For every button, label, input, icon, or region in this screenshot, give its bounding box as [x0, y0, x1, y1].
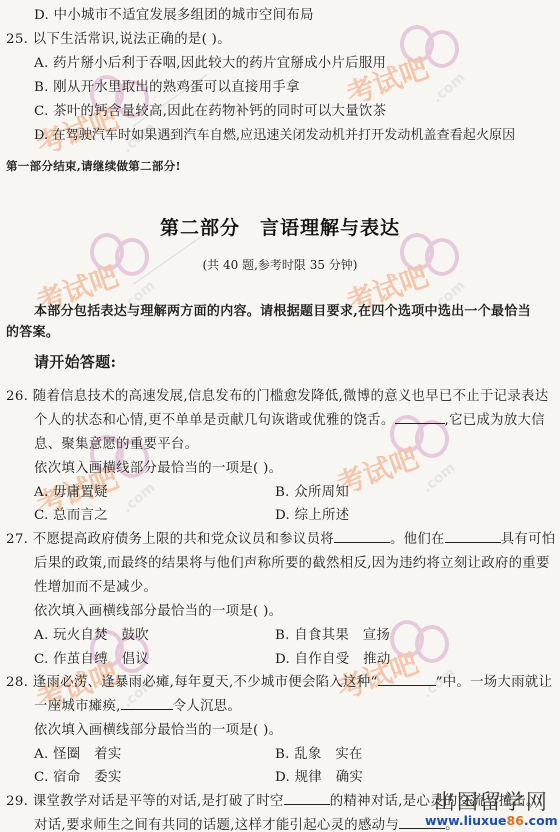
q25-option-b: B. 刚从开水里取出的熟鸡蛋可以直接用手拿 — [34, 78, 300, 98]
site-logo[interactable]: 出国留学网 www.liuxue86.com — [425, 790, 558, 828]
q26-blank — [395, 411, 445, 424]
q28-blank-2 — [121, 697, 173, 710]
q27-line3: 性增加而不是减少。 — [34, 578, 157, 598]
q27-option-d: D. 自作自受 推动 — [275, 650, 391, 670]
q25-option-d: D. 在驾驶汽车时如果遇到汽车自燃,应迅速关闭发动机并打开发动机盖查看起火原因 — [34, 126, 515, 146]
q26-option-c: C. 总而言之 — [34, 506, 108, 526]
q28-option-c: C. 宿命 委实 — [34, 768, 122, 788]
q29-line2: 对话,要求师生之间有共同的话题,这样才能引起心灵的感动与。 — [34, 816, 459, 832]
part2-title: 第二部分 言语理解与表达 — [0, 213, 560, 240]
q27-blank-1 — [334, 530, 390, 543]
previous-option-d: D. 中小城市不适宜发展多组团的城市空间布局 — [34, 6, 314, 26]
q27-line1: 27. 不愿提高政府债务上限的共和党众议员和参议员将。他们在具有可怕 — [6, 530, 555, 550]
q26-option-a: A. 毋庸置疑 — [34, 483, 108, 503]
start-prompt: 请开始答题: — [34, 352, 116, 372]
q26-option-d: D. 综上所述 — [275, 506, 349, 526]
part1-end-note: 第一部分结束,请继续做第二部分! — [6, 156, 181, 176]
part2-subtitle: (共 40 题,参考时限 35 分钟) — [0, 256, 560, 273]
q25-stem: 25. 以下生活常识,说法正确的是( )。 — [6, 30, 231, 50]
q26-prompt: 依次填入画横线部分最恰当的一项是( )。 — [34, 459, 282, 479]
instructions-line2: 的答案。 — [6, 323, 59, 343]
q28-prompt: 依次填入画横线部分最恰当的一项是( )。 — [34, 721, 282, 741]
q26-line1: 26. 随着信息技术的高速发展,信息发布的门槛愈发降低,微博的意义也早已不止于记… — [6, 387, 548, 407]
q27-line2: 后果的政策,而最终的结果将与他们声称所要的截然相反,因为违约将立刻让政府的重要 — [34, 554, 550, 574]
instructions-line1: 本部分包括表达与理解两方面的内容。请根据题目要求,在四个选项中选出一个最恰当 — [34, 302, 531, 322]
site-logo-url: www.liuxue86.com — [425, 814, 558, 828]
q28-option-d: D. 规律 确实 — [275, 768, 363, 788]
q27-blank-2 — [445, 530, 501, 543]
q28-line1: 28. 逢雨必涝、逢暴雨必瘫,每年夏天,不少城市便会陷入这种“”中。一场大雨就让 — [6, 673, 552, 693]
q25-option-c: C. 茶叶的钙含量较高,因此在药物补钙的同时可以大量饮茶 — [34, 102, 386, 122]
q26-line2: 个人的状态和心情,更不单单是贡献几句诙谐或优雅的饶舌。,它已成为放大信 — [34, 411, 545, 431]
q27-option-c: C. 作茧自缚 倡议 — [34, 650, 149, 670]
q27-prompt: 依次填入画横线部分最恰当的一项是( )。 — [34, 602, 282, 622]
q27-option-b: B. 自食其果 宣扬 — [275, 626, 390, 646]
q25-option-a: A. 药片掰小后利于吞咽,因此较大的药片宜掰成小片后服用 — [34, 54, 386, 74]
q28-option-a: A. 怪圈 着实 — [34, 745, 122, 765]
q28-option-b: B. 乱象 实在 — [275, 745, 363, 765]
q29-blank-1 — [284, 792, 330, 805]
q26-option-b: B. 众所周知 — [275, 483, 349, 503]
site-logo-name: 出国留学网 — [425, 790, 558, 814]
q28-line2: 一座城市瘫痪,令人沉思。 — [34, 697, 241, 717]
exam-page: 考试吧 .com 考试吧 .com 考试吧 .com 考试吧 .com 考试吧 … — [0, 0, 560, 832]
q26-line3: 息、聚集意愿的重要平台。 — [34, 435, 198, 455]
q27-option-a: A. 玩火自焚 鼓吹 — [34, 626, 149, 646]
q28-blank-1 — [378, 673, 436, 686]
